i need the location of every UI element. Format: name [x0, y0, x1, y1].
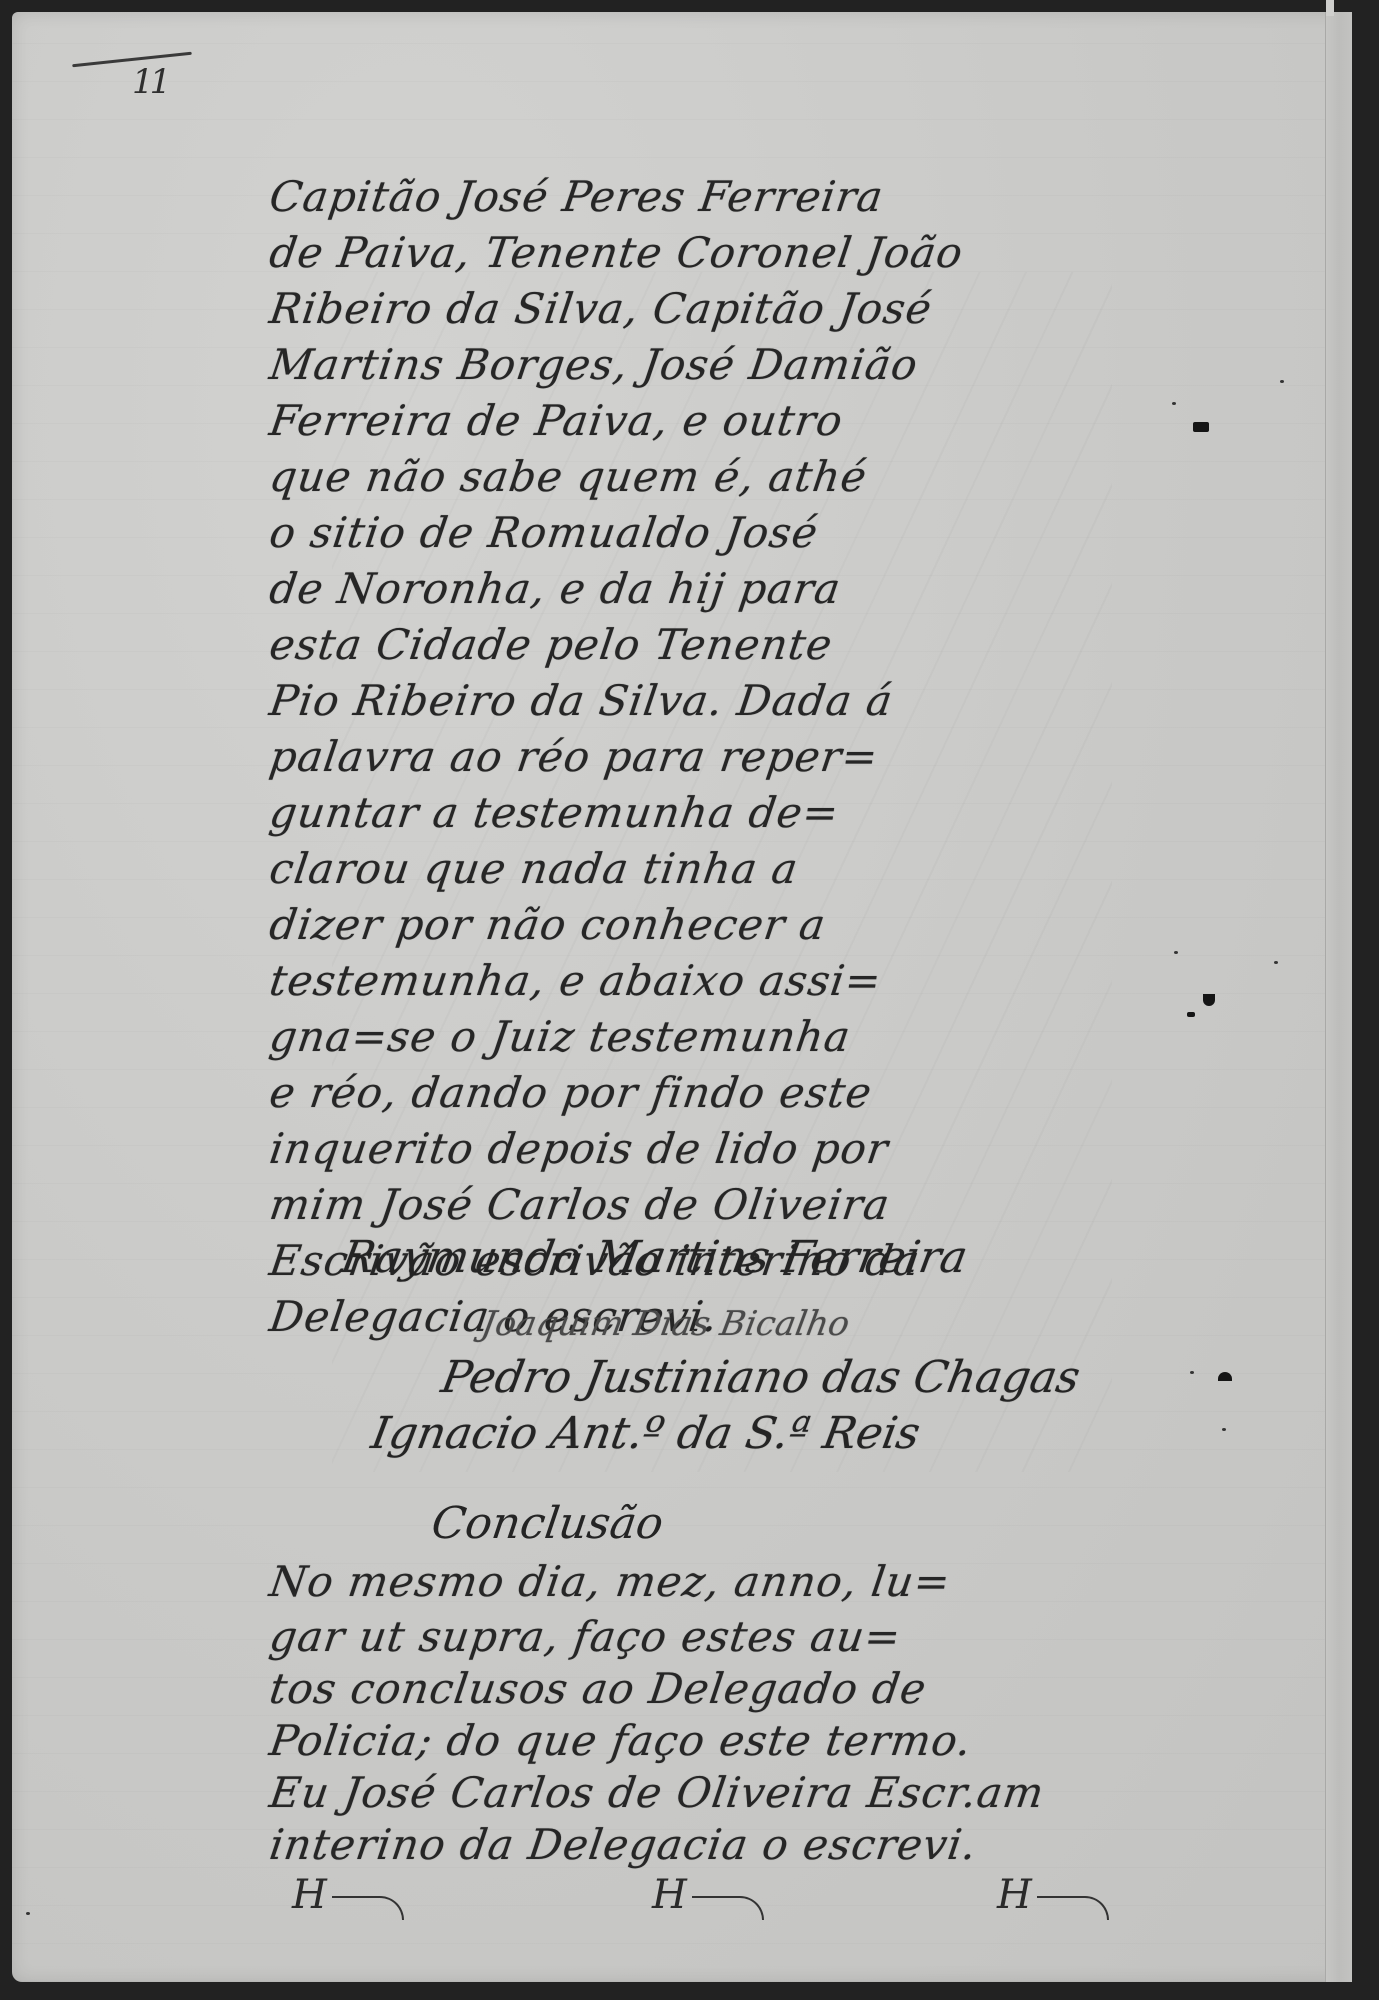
conclusion-line: Policia; do que faço este termo.: [267, 1716, 976, 1765]
body-line: mim José Carlos de Oliveira: [267, 1180, 894, 1229]
paper-speck: [1172, 402, 1176, 405]
body-line: de Paiva, Tenente Coronel João: [267, 228, 967, 277]
paper-speck: [1222, 1428, 1226, 1431]
body-line: gna=se o Juiz testemunha: [267, 1012, 854, 1061]
body-line: clarou que nada tinha a: [267, 844, 802, 893]
conclusion-line: interino da Delegacia o escrevi.: [267, 1820, 981, 1869]
body-line: Ferreira de Paiva, e outro: [267, 396, 847, 445]
body-line: guntar a testemunha de=: [267, 788, 843, 837]
rubric-mark: H: [997, 1872, 1032, 1918]
signature-raymundo: Raymundo Martins Ferreira: [338, 1232, 972, 1283]
signature-joaquim: Joaquim Dias Bicalho: [478, 1304, 852, 1344]
body-line: e réo, dando por findo este: [267, 1068, 876, 1117]
body-line: Capitão José Peres Ferreira: [267, 172, 887, 221]
page-number-mark: 11: [62, 42, 192, 102]
conclusion-line: Eu José Carlos de Oliveira Escr.am: [267, 1768, 1048, 1817]
paper-hole: [1218, 1372, 1232, 1381]
conclusion-line: tos conclusos ao Delegado de: [267, 1664, 930, 1713]
body-line: dizer por não conhecer a: [267, 900, 830, 949]
body-line: Pio Ribeiro da Silva. Dada á: [267, 676, 897, 725]
binding-tab: [1326, 0, 1334, 16]
paper-speck: [1174, 951, 1178, 954]
paper-speck: [1280, 380, 1284, 383]
signature-pedro: Pedro Justiniano das Chagas: [438, 1352, 1084, 1403]
conclusion-line: No mesmo dia, mez, anno, lu=: [267, 1557, 954, 1606]
body-line: palavra ao réo para reper=: [267, 732, 882, 781]
body-line: inquerito depois de lido por: [267, 1124, 892, 1173]
body-line: Ribeiro da Silva, Capitão José: [267, 284, 936, 333]
body-line: testemunha, e abaixo assi=: [267, 956, 885, 1005]
conclusion-line: gar ut supra, faço estes au=: [267, 1612, 905, 1661]
paper-speck: [26, 1912, 30, 1915]
section-heading-conclusao: Conclusão: [428, 1498, 666, 1549]
signature-ignacio: Ignacio Ant.º da S.ª Reis: [368, 1408, 924, 1459]
body-line: Martins Borges, José Damião: [267, 340, 922, 389]
rubric-mark: H: [292, 1872, 327, 1918]
paper-hole: [1193, 422, 1209, 432]
binding-edge: [1325, 12, 1352, 1982]
body-line: esta Cidade pelo Tenente: [267, 620, 836, 669]
paper-hole: [1203, 994, 1215, 1006]
paper-speck: [1190, 1371, 1194, 1374]
body-line: que não sabe quem é, athé: [267, 452, 871, 501]
body-line: de Noronha, e da hij para: [267, 564, 845, 613]
page-number: 11: [132, 62, 167, 102]
paper-hole: [1187, 1012, 1195, 1017]
rubric-mark: H: [652, 1872, 687, 1918]
body-line: o sitio de Romualdo José: [267, 508, 822, 557]
manuscript-page: 11 Capitão José Peres Ferreira de Paiva,…: [12, 12, 1352, 1982]
scan-frame: 11 Capitão José Peres Ferreira de Paiva,…: [0, 0, 1379, 2000]
paper-speck: [1274, 961, 1278, 964]
